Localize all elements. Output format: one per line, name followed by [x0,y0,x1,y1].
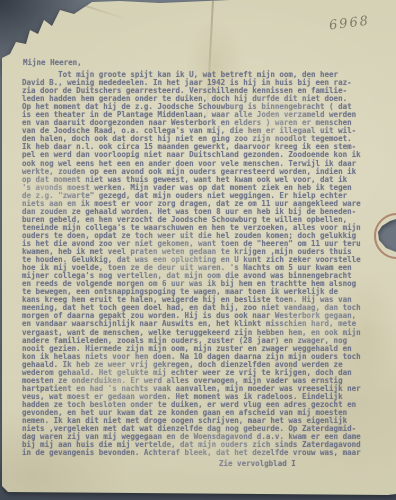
scan-background: 6968 Mijne Heeren, Tot mijn groote spijt… [0,0,396,500]
letter-page: 6968 Mijne Heeren, Tot mijn groote spijt… [0,0,396,500]
torn-corner-crease [61,0,128,21]
paper-shadow-wrap: 6968 Mijne Heeren, Tot mijn groote spijt… [0,0,396,500]
typed-line: in de gevangenis bevonden. Achteraf blee… [22,449,382,457]
handwritten-catalog-number: 6968 [328,14,371,34]
salutation: Mijne Heeren, [23,58,82,67]
letter-body: Tot mijn groote spijt kan ik U, wat betr… [22,71,382,457]
continuation-note: Zie vervolgblad I [219,459,296,468]
